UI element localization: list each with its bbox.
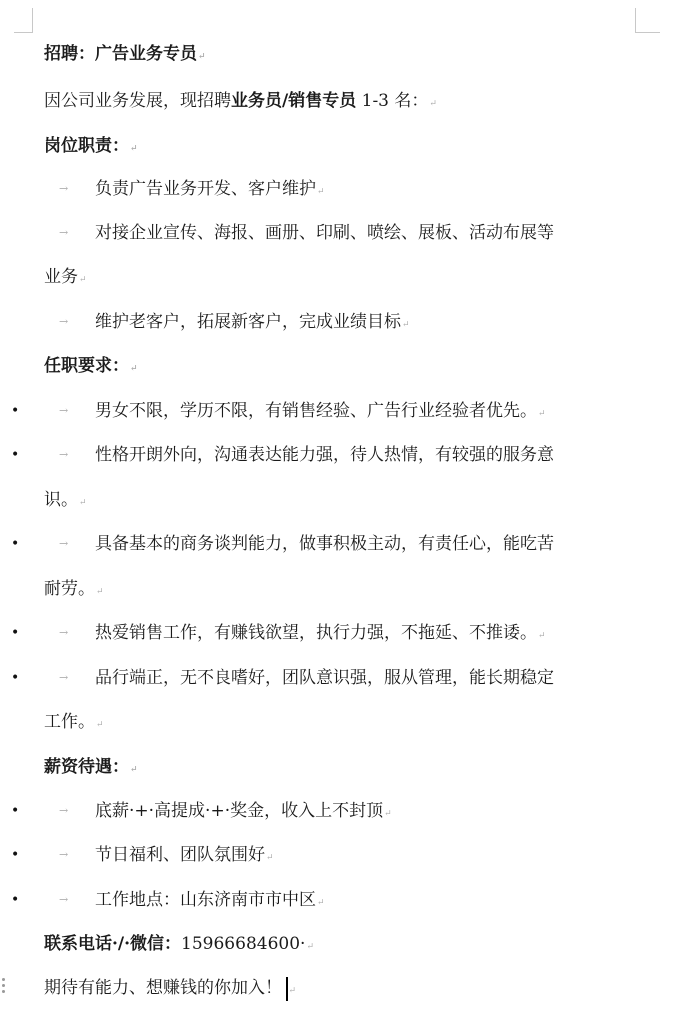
- title-text: 广告业务专员: [95, 44, 197, 64]
- benefit-item: •→节日福利、团队氛围好↵: [44, 843, 274, 870]
- paragraph-mark-icon: ↵: [266, 853, 274, 863]
- paragraph-mark-icon: ↵: [198, 52, 206, 62]
- duties-heading: 岗位职责：↵: [44, 134, 138, 161]
- paragraph-mark-icon: ↵: [79, 275, 87, 285]
- bullet-icon: •: [11, 666, 19, 690]
- requirements-heading: 任职要求：↵: [44, 354, 138, 381]
- requirement-item-continuation: 识。↵: [44, 488, 87, 515]
- tab-mark-icon: →: [59, 621, 68, 645]
- intro-paragraph: 因公司业务发展，现招聘业务员/销售专员 1-3 名：↵: [44, 89, 437, 116]
- page-corner-mark-top-right: [635, 8, 660, 33]
- contact-line: 联系电话·/·微信：15966684600·↵: [44, 932, 314, 959]
- paragraph-mark-icon: ↵: [96, 587, 104, 597]
- paragraph-mark-icon: ↵: [96, 720, 104, 730]
- drag-handle-icon[interactable]: [2, 978, 8, 998]
- paragraph-mark-icon: ↵: [538, 409, 546, 419]
- bullet-icon: •: [11, 621, 19, 645]
- bullet-icon: •: [11, 843, 19, 867]
- tab-mark-icon: →: [59, 532, 68, 556]
- page-corner-mark-top-left: [14, 8, 33, 33]
- requirement-item: •→男女不限，学历不限，有销售经验、广告行业经验者优先。↵: [44, 399, 546, 426]
- paragraph-mark-icon: ↵: [317, 187, 325, 197]
- bullet-icon: •: [11, 799, 19, 823]
- contact-label: 联系电话·/·微信：: [44, 934, 181, 954]
- bullet-icon: •: [11, 532, 19, 556]
- tab-mark-icon: →: [59, 443, 68, 467]
- tab-mark-icon: →: [59, 221, 68, 245]
- duty-item: →对接企业宣传、海报、画册、印刷、喷绘、展板、活动布展等: [44, 221, 554, 245]
- bullet-icon: •: [11, 888, 19, 912]
- bullet-icon: •: [11, 399, 19, 423]
- paragraph-mark-icon: ↵: [402, 320, 410, 330]
- title-label: 招聘：: [44, 44, 95, 64]
- requirement-item: •→具备基本的商务谈判能力，做事积极主动，有责任心，能吃苦: [44, 532, 554, 556]
- benefits-heading: 薪资待遇：↵: [44, 755, 138, 782]
- tab-mark-icon: →: [59, 310, 68, 334]
- intro-post: 1-3 名：: [356, 91, 428, 111]
- requirement-item: •→性格开朗外向，沟通表达能力强，待人热情，有较强的服务意: [44, 443, 554, 467]
- paragraph-mark-icon: ↵: [384, 809, 392, 819]
- paragraph-mark-icon: ↵: [538, 631, 546, 641]
- paragraph-mark-icon: ↵: [289, 986, 297, 996]
- benefit-item: •→工作地点：山东济南市市中区↵: [44, 888, 325, 915]
- requirement-item: •→热爱销售工作，有赚钱欲望，执行力强，不拖延、不推诿。↵: [44, 621, 546, 648]
- text-cursor: [286, 977, 288, 1001]
- paragraph-mark-icon: ↵: [317, 898, 325, 908]
- requirement-item-continuation: 耐劳。↵: [44, 577, 104, 604]
- intro-bold: 业务员/销售专员: [231, 91, 356, 111]
- benefit-item: •→底薪·+·高提成·+·奖金，收入上不封顶↵: [44, 799, 392, 826]
- duty-item: →维护老客户，拓展新客户，完成业绩目标↵: [44, 310, 410, 337]
- tab-mark-icon: →: [59, 666, 68, 690]
- bullet-icon: •: [11, 443, 19, 467]
- paragraph-mark-icon: ↵: [79, 498, 87, 508]
- paragraph-mark-icon: ↵: [130, 364, 138, 374]
- duty-item-continuation: 业务↵: [44, 265, 87, 292]
- tab-mark-icon: →: [59, 799, 68, 823]
- tab-mark-icon: →: [59, 888, 68, 912]
- duty-item: →负责广告业务开发、客户维护↵: [44, 177, 325, 204]
- document-title: 招聘：广告业务专员↵: [44, 42, 206, 69]
- tab-mark-icon: →: [59, 177, 68, 201]
- paragraph-mark-icon: ↵: [306, 942, 314, 952]
- tab-mark-icon: →: [59, 399, 68, 423]
- paragraph-mark-icon: ↵: [130, 144, 138, 154]
- intro-pre: 因公司业务发展，现招聘: [44, 91, 231, 111]
- paragraph-mark-icon: ↵: [429, 99, 437, 109]
- contact-value: 15966684600·: [181, 934, 305, 954]
- closing-text: 期待有能力、想赚钱的你加入！: [44, 978, 282, 998]
- closing-line: 期待有能力、想赚钱的你加入！↵: [44, 976, 296, 1003]
- paragraph-mark-icon: ↵: [130, 765, 138, 775]
- requirement-item: •→品行端正，无不良嗜好，团队意识强，服从管理，能长期稳定: [44, 666, 554, 690]
- requirement-item-continuation: 工作。↵: [44, 710, 104, 737]
- tab-mark-icon: →: [59, 843, 68, 867]
